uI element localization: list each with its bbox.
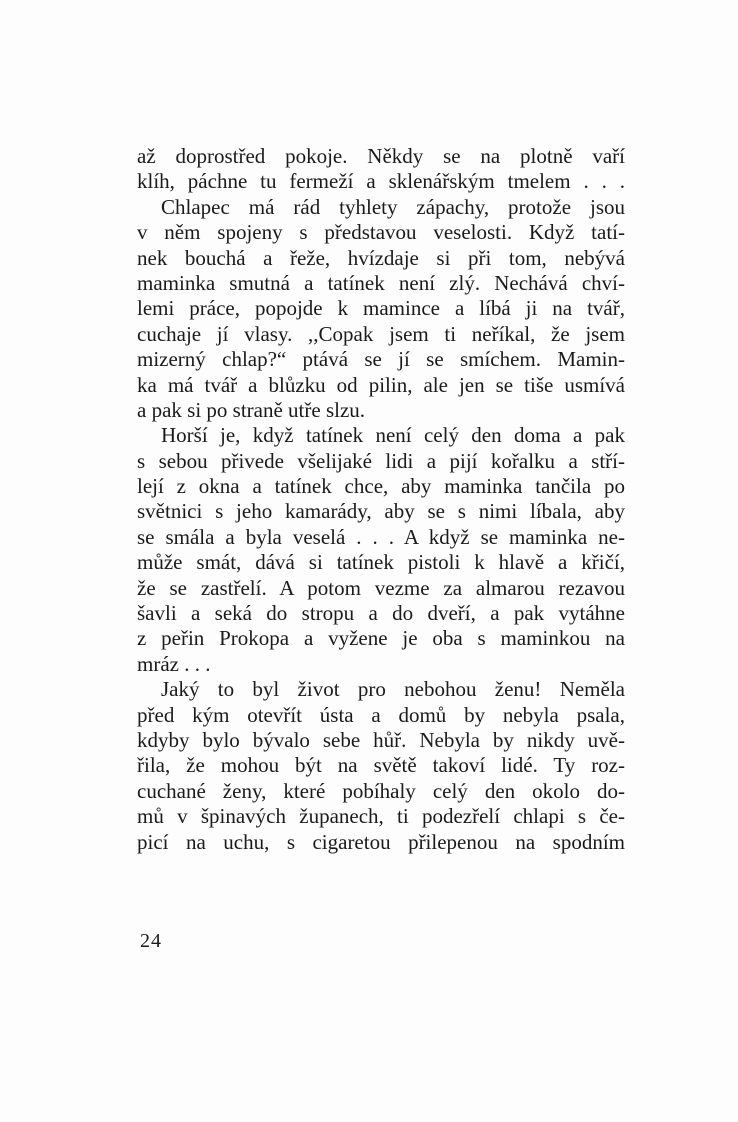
text-line: a pak si po straně utře slzu. bbox=[137, 398, 625, 423]
text-line: že se zastřelí. A potom vezme za almarou… bbox=[137, 576, 625, 601]
text-line: světnici s jeho kamarády, aby se s nimi … bbox=[137, 499, 625, 524]
text-line: z peřin Prokopa a vyžene je oba s mamink… bbox=[137, 626, 625, 651]
page-number: 24 bbox=[140, 930, 162, 953]
text-line: až doprostřed pokoje. Někdy se na plotně… bbox=[137, 144, 625, 169]
text-line: lemi práce, popojde k mamince a líbá ji … bbox=[137, 296, 625, 321]
text-line: s sebou přivede všelijaké lidi a pijí ko… bbox=[137, 449, 625, 474]
text-line: nek bouchá a řeže, hvízdaje si při tom, … bbox=[137, 246, 625, 271]
book-page: až doprostřed pokoje. Někdy se na plotně… bbox=[0, 0, 738, 1122]
text-line: může smát, dává si tatínek pistoli k hla… bbox=[137, 550, 625, 575]
text-line: mů v špinavých županech, ti podezřelí ch… bbox=[137, 804, 625, 829]
text-line: se smála a byla veselá . . . A když se m… bbox=[137, 525, 625, 550]
text-line: šavli a seká do stropu a do dveří, a pak… bbox=[137, 601, 625, 626]
text-line: v něm spojeny s představou veselosti. Kd… bbox=[137, 220, 625, 245]
text-line: picí na uchu, s cigaretou přilepenou na … bbox=[137, 830, 625, 855]
text-line: Jaký to byl život pro nebohou ženu! Nemě… bbox=[137, 677, 625, 702]
body-text: až doprostřed pokoje. Někdy se na plotně… bbox=[137, 144, 625, 855]
text-line: mráz . . . bbox=[137, 652, 625, 677]
text-line: cuchané ženy, které pobíhaly celý den ok… bbox=[137, 779, 625, 804]
text-line: maminka smutná a tatínek není zlý. Nechá… bbox=[137, 271, 625, 296]
text-line: kdyby bylo bývalo sebe hůř. Nebyla by ni… bbox=[137, 728, 625, 753]
text-line: lejí z okna a tatínek chce, aby maminka … bbox=[137, 474, 625, 499]
text-line: mizerný chlap?“ ptává se jí se smíchem. … bbox=[137, 347, 625, 372]
text-line: před kým otevřít ústa a domů by nebyla p… bbox=[137, 703, 625, 728]
text-line: klíh, páchne tu fermeží a sklenářským tm… bbox=[137, 169, 625, 194]
text-line: Horší je, když tatínek není celý den dom… bbox=[137, 423, 625, 448]
text-line: cuchaje jí vlasy. ,,Copak jsem ti neříka… bbox=[137, 322, 625, 347]
text-line: Chlapec má rád tyhlety zápachy, protože … bbox=[137, 195, 625, 220]
text-line: ka má tvář a blůzku od pilin, ale jen se… bbox=[137, 373, 625, 398]
text-line: řila, že mohou být na světě takoví lidé.… bbox=[137, 753, 625, 778]
